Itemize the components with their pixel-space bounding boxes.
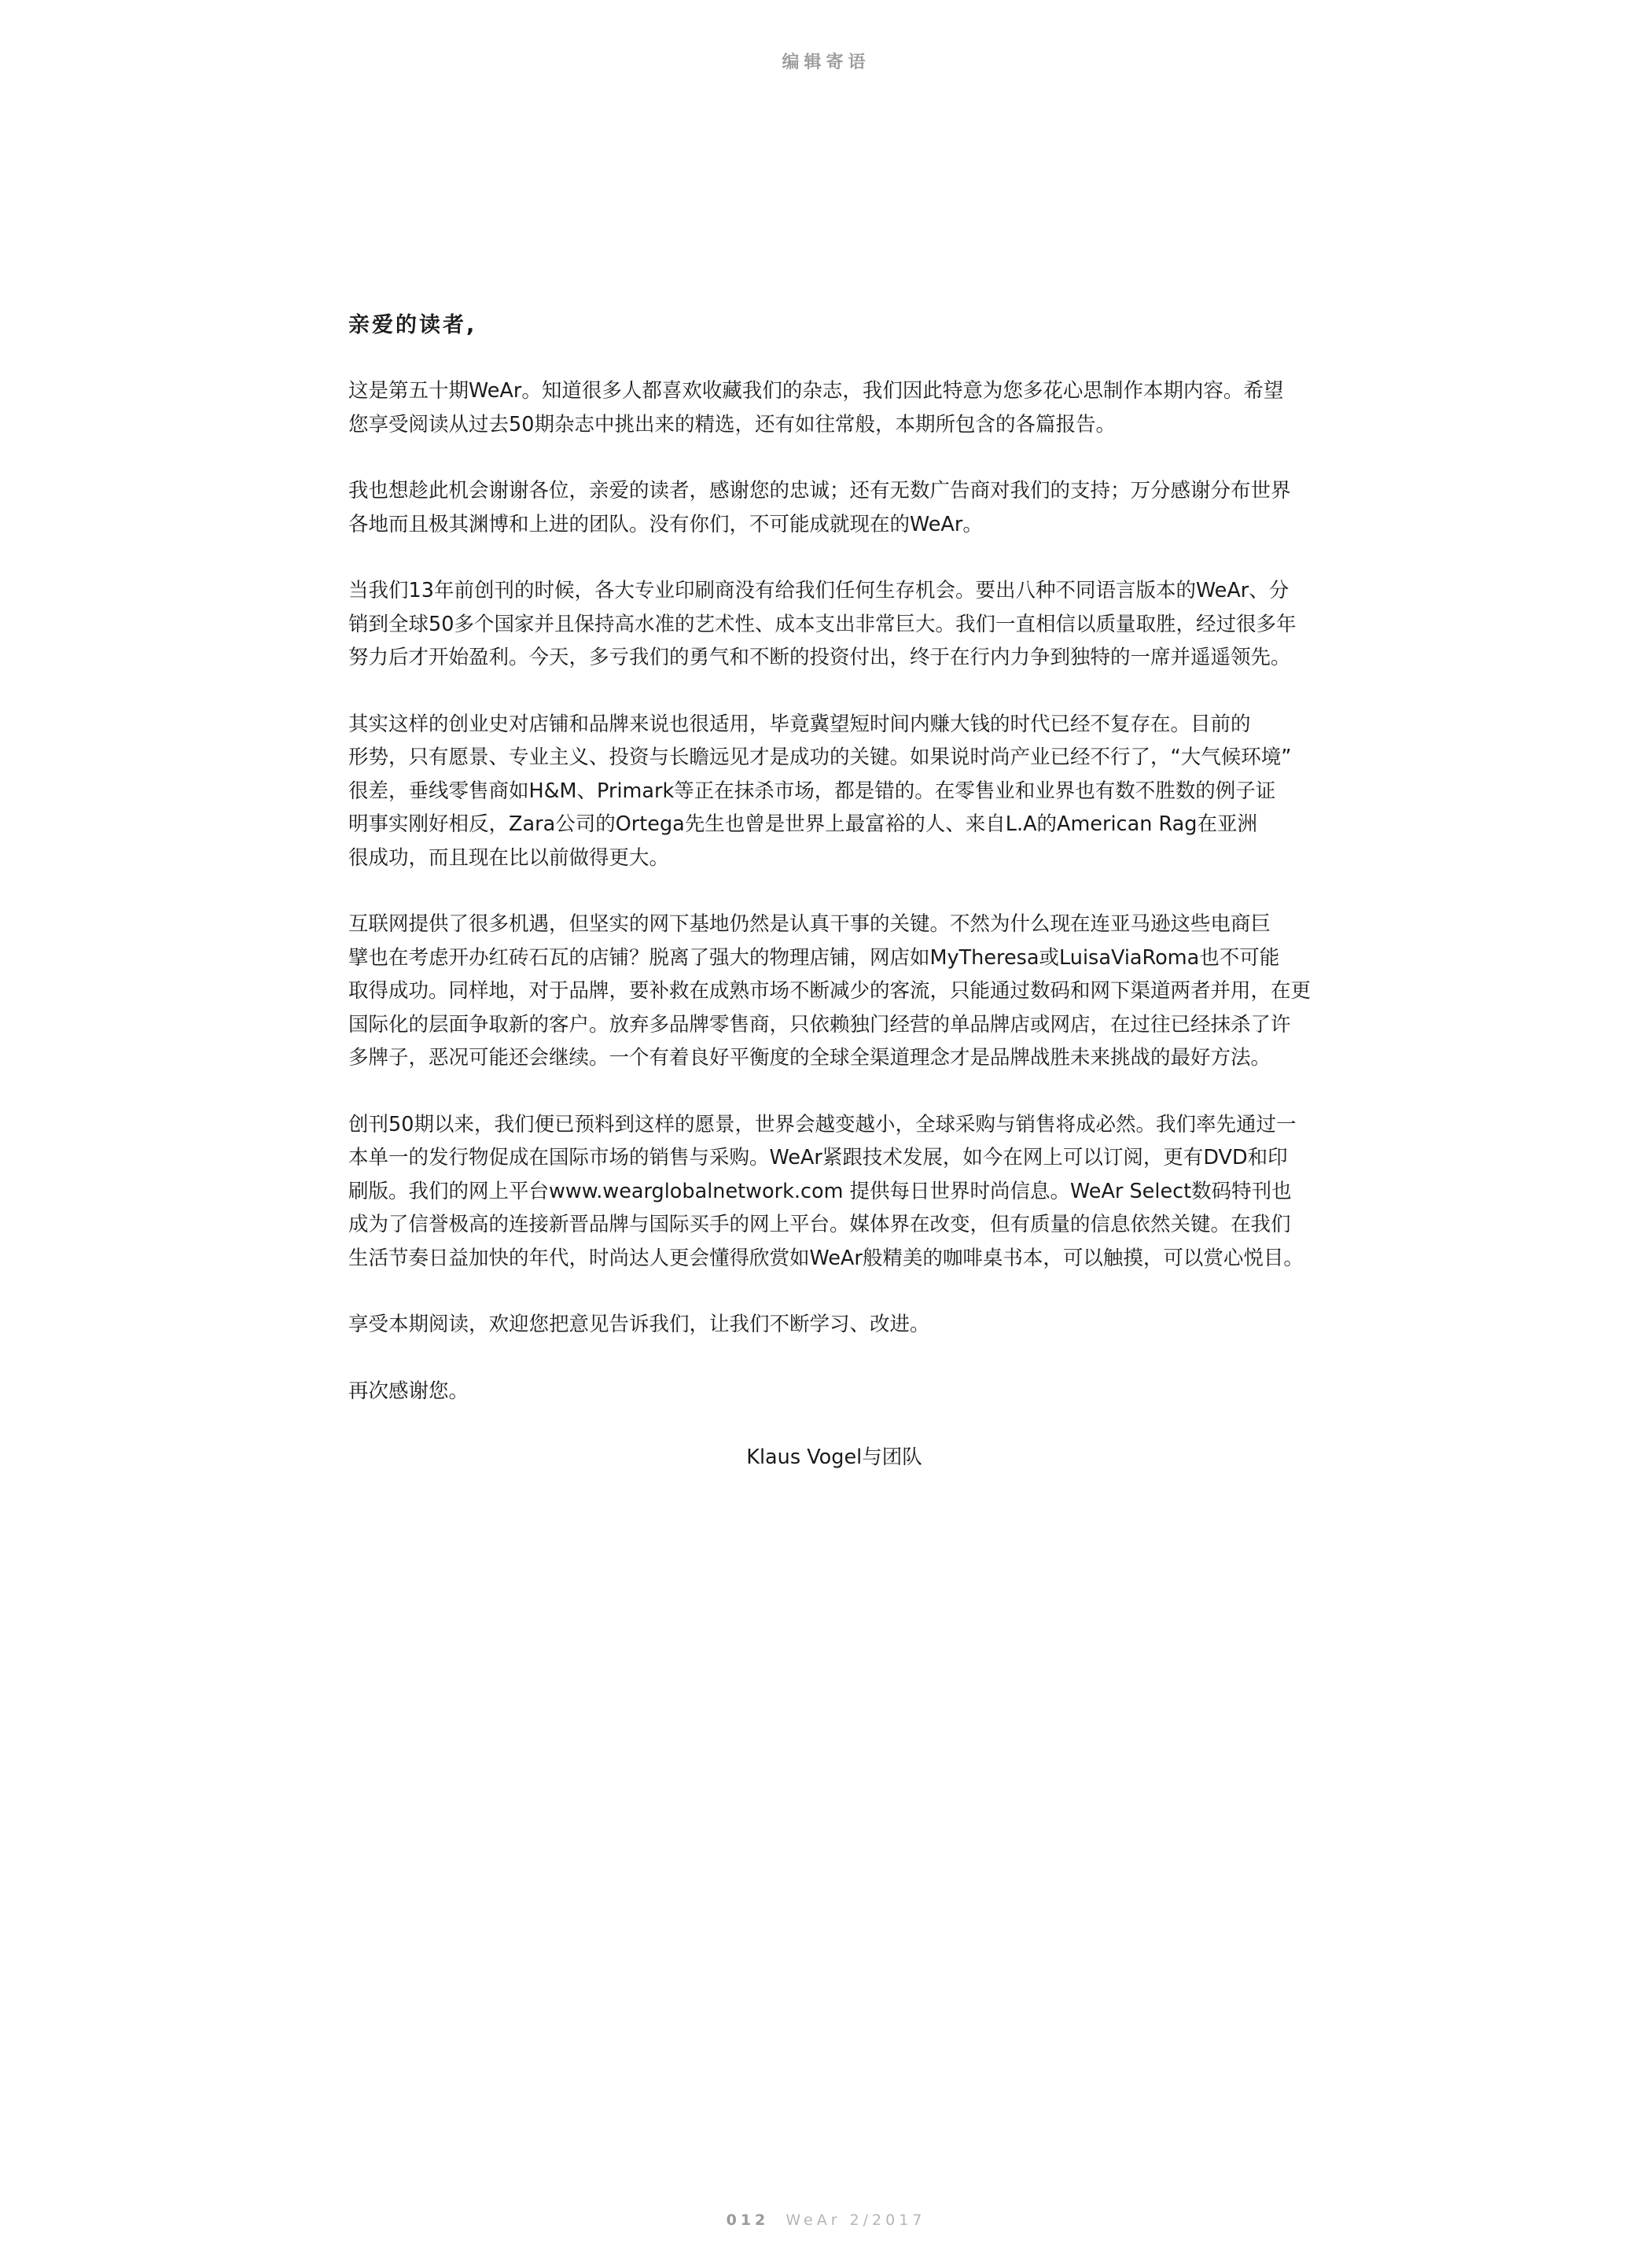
paragraph-1: 这是第五十期WeAr。知道很多人都喜欢收藏我们的杂志，我们因此特意为您多花心思制…: [348, 374, 1308, 441]
text-line: 努力后才开始盈利。今天，多亏我们的勇气和不断的投资付出，终于在行内力争到独特的一…: [348, 641, 1308, 675]
text-line: 创刊50期以来，我们便已预料到这样的愿景，世界会越变越小，全球采购与销售将成必然…: [348, 1108, 1308, 1142]
text-line: 生活节奏日益加快的年代，时尚达人更会懂得欣赏如WeAr般精美的咖啡桌书本，可以触…: [348, 1242, 1308, 1276]
paragraph-4: 其实这样的创业史对店铺和品牌来说也很适用，毕竟冀望短时间内赚大钱的时代已经不复存…: [348, 708, 1308, 875]
signature: Klaus Vogel与团队: [348, 1441, 1314, 1475]
text-line: 成为了信誉极高的连接新晋品牌与国际买手的网上平台。媒体界在改变，但有质量的信息依…: [348, 1208, 1308, 1242]
section-title: 编辑寄语: [0, 49, 1652, 73]
text-line: 取得成功。同样地，对于品牌，要补救在成熟市场不断减少的客流，只能通过数码和网下渠…: [348, 974, 1308, 1008]
text-line: 本单一的发行物促成在国际市场的销售与采购。WeAr紧跟技术发展，如今在网上可以订…: [348, 1141, 1308, 1175]
page-footer: 012 WeAr 2/2017: [0, 2212, 1652, 2229]
paragraph-5: 互联网提供了很多机遇，但坚实的网下基地仍然是认真干事的关键。不然为什么现在连亚马…: [348, 908, 1308, 1075]
text-line: 我也想趁此机会谢谢各位，亲爱的读者，感谢您的忠诚；还有无数广告商对我们的支持；万…: [348, 474, 1308, 508]
text-line: 国际化的层面争取新的客户。放弃多品牌零售商，只依赖独门经营的单品牌店或网店，在过…: [348, 1008, 1308, 1042]
paragraph-8: 再次感谢您。: [348, 1375, 1308, 1409]
text-line: 擘也在考虑开办红砖石瓦的店铺？脱离了强大的物理店铺，网店如MyTheresa或L…: [348, 941, 1308, 975]
text-line: 其实这样的创业史对店铺和品牌来说也很适用，毕竟冀望短时间内赚大钱的时代已经不复存…: [348, 708, 1308, 742]
page-number: 012: [727, 2212, 770, 2229]
text-line: 刷版。我们的网上平台www.wearglobalnetwork.com 提供每日…: [348, 1175, 1308, 1209]
paragraph-7: 享受本期阅读，欢迎您把意见告诉我们，让我们不断学习、改进。: [348, 1308, 1308, 1342]
issue-label: WeAr 2/2017: [786, 2212, 925, 2229]
paragraph-2: 我也想趁此机会谢谢各位，亲爱的读者，感谢您的忠诚；还有无数广告商对我们的支持；万…: [348, 474, 1308, 541]
text-line: 您享受阅读从过去50期杂志中挑出来的精选，还有如往常般，本期所包含的各篇报告。: [348, 408, 1308, 442]
text-line: 当我们13年前创刊的时候，各大专业印刷商没有给我们任何生存机会。要出八种不同语言…: [348, 574, 1308, 608]
text-line: 明事实刚好相反，Zara公司的Ortega先生也曾是世界上最富裕的人、来自L.A…: [348, 808, 1308, 842]
editorial-letter: 亲爱的读者, 这是第五十期WeAr。知道很多人都喜欢收藏我们的杂志，我们因此特意…: [348, 308, 1308, 1475]
text-line: 多牌子，恶况可能还会继续。一个有着良好平衡度的全球全渠道理念才是品牌战胜未来挑战…: [348, 1041, 1308, 1075]
text-line: 享受本期阅读，欢迎您把意见告诉我们，让我们不断学习、改进。: [348, 1308, 1308, 1342]
text-line: 销到全球50多个国家并且保持高水准的艺术性、成本支出非常巨大。我们一直相信以质量…: [348, 608, 1308, 642]
text-line: 形势，只有愿景、专业主义、投资与长瞻远见才是成功的关键。如果说时尚产业已经不行了…: [348, 741, 1308, 775]
text-line: 很差，垂线零售商如H&M、Primark等正在抹杀市场，都是错的。在零售业和业界…: [348, 775, 1308, 808]
paragraph-3: 当我们13年前创刊的时候，各大专业印刷商没有给我们任何生存机会。要出八种不同语言…: [348, 574, 1308, 675]
text-line: 很成功，而且现在比以前做得更大。: [348, 842, 1308, 875]
paragraph-6: 创刊50期以来，我们便已预料到这样的愿景，世界会越变越小，全球采购与销售将成必然…: [348, 1108, 1308, 1276]
text-line: 再次感谢您。: [348, 1375, 1308, 1409]
text-line: 这是第五十期WeAr。知道很多人都喜欢收藏我们的杂志，我们因此特意为您多花心思制…: [348, 374, 1308, 408]
text-line: 互联网提供了很多机遇，但坚实的网下基地仍然是认真干事的关键。不然为什么现在连亚马…: [348, 908, 1308, 941]
salutation: 亲爱的读者,: [348, 308, 1308, 343]
text-line: 各地而且极其渊博和上进的团队。没有你们，不可能成就现在的WeAr。: [348, 508, 1308, 542]
